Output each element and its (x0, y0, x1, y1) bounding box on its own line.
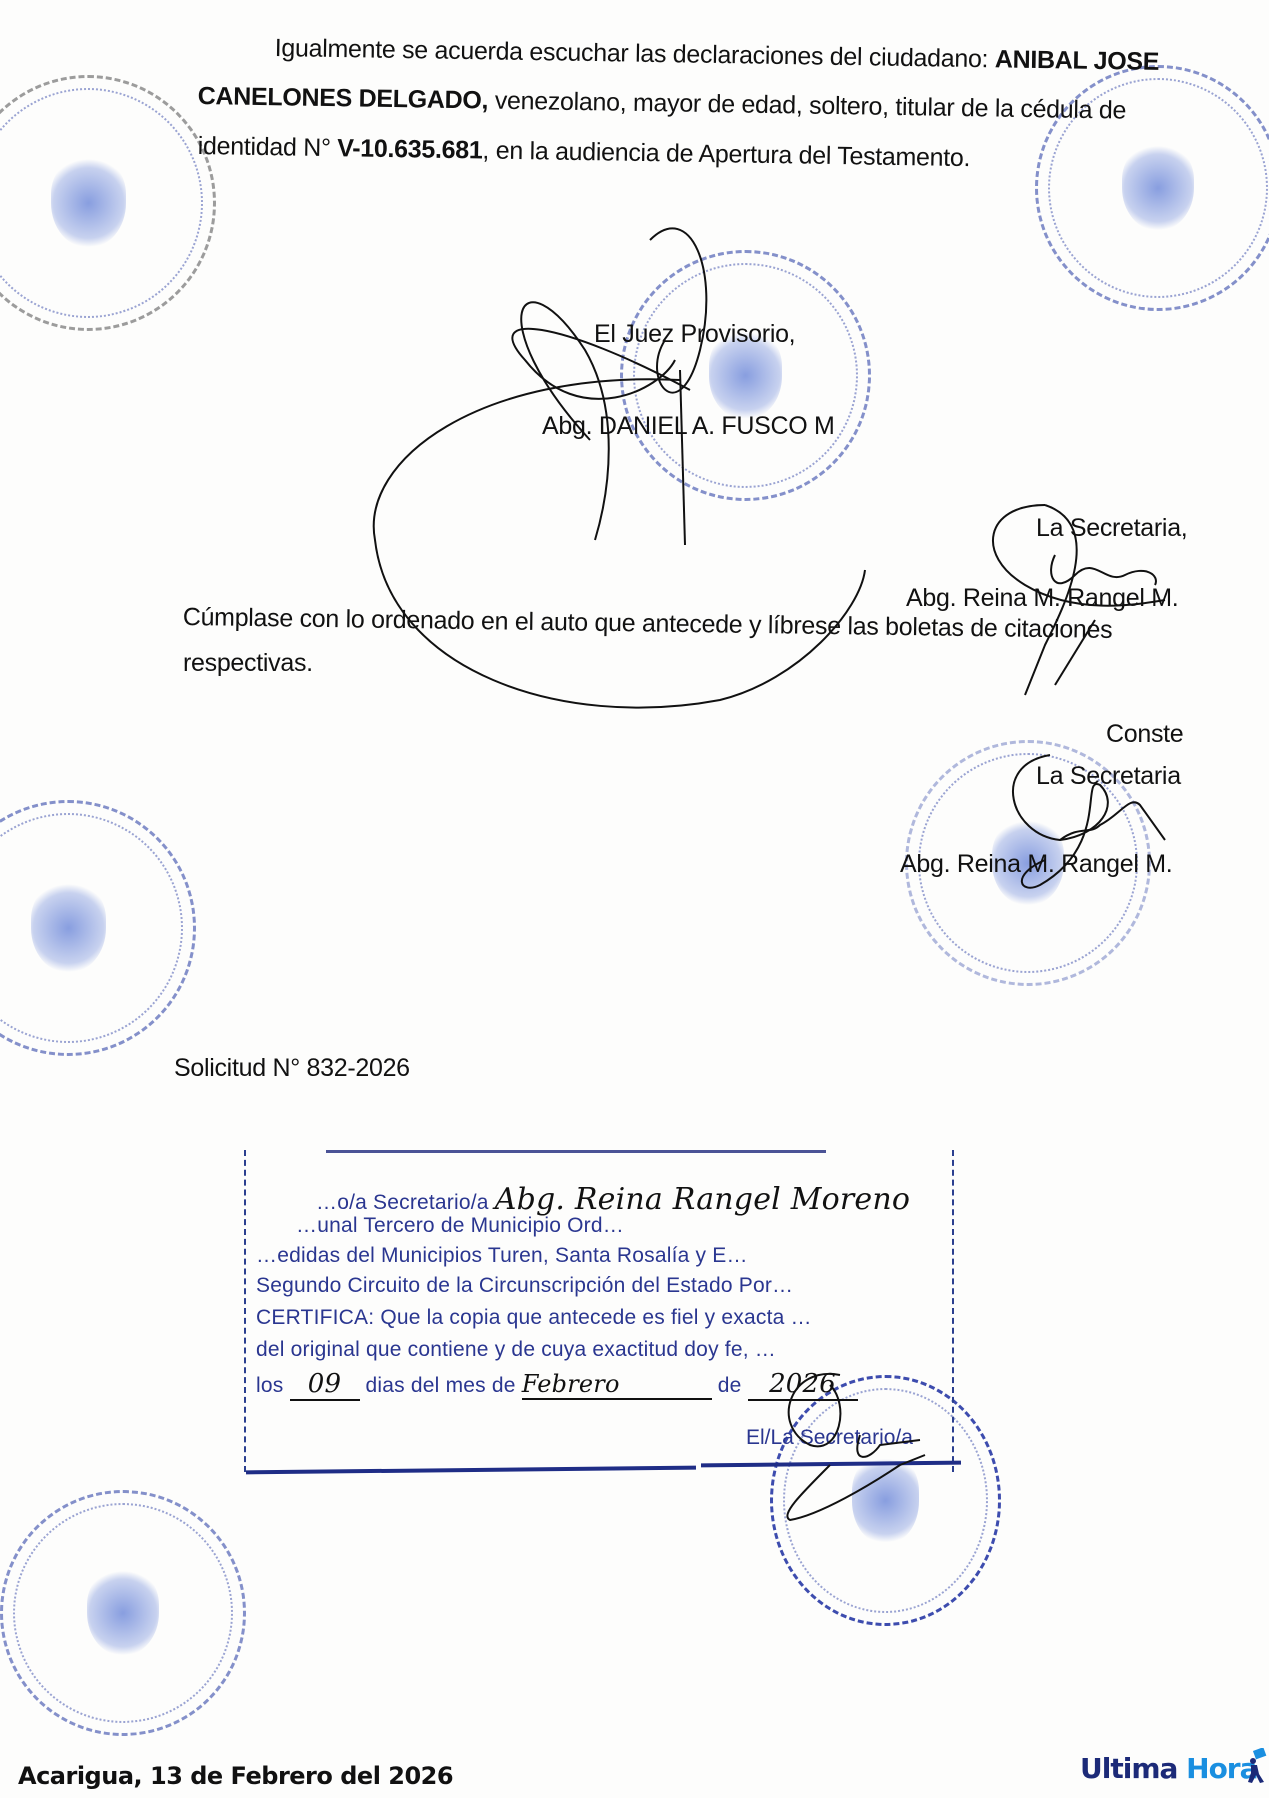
secretary-title-2: La Secretaria (1036, 762, 1181, 791)
handwritten-year: 2026 (748, 1369, 858, 1401)
ultima-hora-logo: Ultima Hora (1080, 1752, 1258, 1785)
handwritten-day: 09 (290, 1369, 360, 1401)
paragraph-2-line-2: respectivas. (183, 649, 313, 678)
text: identidad N° (198, 132, 338, 162)
text: …o/a Secretario/a (316, 1191, 489, 1214)
id-number: V-10.635.681 (337, 134, 483, 164)
newspaper-runner-icon (1245, 1748, 1267, 1784)
logo-word-1: Ultima (1080, 1752, 1177, 1785)
secretary-title-1: La Secretaria, (1036, 514, 1187, 543)
court-seal-bottom-left (0, 1490, 246, 1736)
stamp-line-3: …edidas del Municipios Turen, Santa Rosa… (256, 1244, 748, 1268)
text: venezolano, mayor de edad, soltero, titu… (488, 87, 1126, 125)
stamp-line-2: …unal Tercero de Municipio Ord… (296, 1214, 624, 1238)
stamp-top-border (326, 1150, 826, 1153)
handwritten-month: Febrero (522, 1370, 712, 1400)
text: Igualmente se acuerda escuchar las decla… (275, 34, 996, 73)
stamp-line-1: …o/a Secretario/a Abg. Reina Rangel More… (316, 1182, 910, 1217)
court-seal-judge (620, 250, 871, 501)
stamp-line-4: Segundo Circuito de la Circunscripción d… (256, 1274, 793, 1298)
conste-label: Conste (1106, 720, 1183, 749)
stamp-bottom-border-right (701, 1461, 961, 1468)
text: , en la audiencia de Apertura del Testam… (482, 136, 970, 172)
footer-date: Acarigua, 13 de Febrero del 2026 (18, 1762, 453, 1790)
stamp-bottom-border-left (246, 1466, 696, 1475)
stamp-line-6: del original que contiene y de cuya exac… (256, 1338, 776, 1362)
text: los (256, 1374, 283, 1397)
paragraph-1-line-2: CANELONES DELGADO, venezolano, mayor de … (198, 82, 1127, 126)
secretary-name-1: Abg. Reina M. Rangel M. (906, 584, 1178, 613)
solicitud-number: Solicitud N° 832-2026 (174, 1054, 410, 1083)
judge-title: El Juez Provisorio, (594, 320, 795, 349)
citizen-name-part-1: ANIBAL JOSE (995, 45, 1160, 76)
text: dias del mes de (366, 1374, 516, 1397)
handwritten-secretary-name: Abg. Reina Rangel Moreno (495, 1182, 910, 1217)
secretary-name-2: Abg. Reina M. Rangel M. (900, 850, 1172, 879)
document-page: Igualmente se acuerda escuchar las decla… (0, 0, 1269, 1798)
stamp-line-7: los 09 dias del mes de Febrero de 2026 (256, 1369, 858, 1401)
court-seal-middle-left (0, 800, 196, 1056)
stamp-signer-label: El/La Secretario/a (746, 1426, 913, 1450)
certification-stamp: …o/a Secretario/a Abg. Reina Rangel More… (244, 1150, 954, 1472)
paragraph-1-line-3: identidad N° V-10.635.681, en la audienc… (198, 132, 971, 173)
citizen-name-part-2: CANELONES DELGADO, (198, 82, 489, 115)
stamp-line-5: CERTIFICA: Que la copia que antecede es … (256, 1306, 812, 1330)
court-seal-top-left (0, 75, 216, 331)
paragraph-1-line-1: Igualmente se acuerda escuchar las decla… (275, 34, 1160, 77)
text: de (718, 1374, 742, 1397)
judge-name: Abg. DANIEL A. FUSCO M (542, 412, 835, 441)
